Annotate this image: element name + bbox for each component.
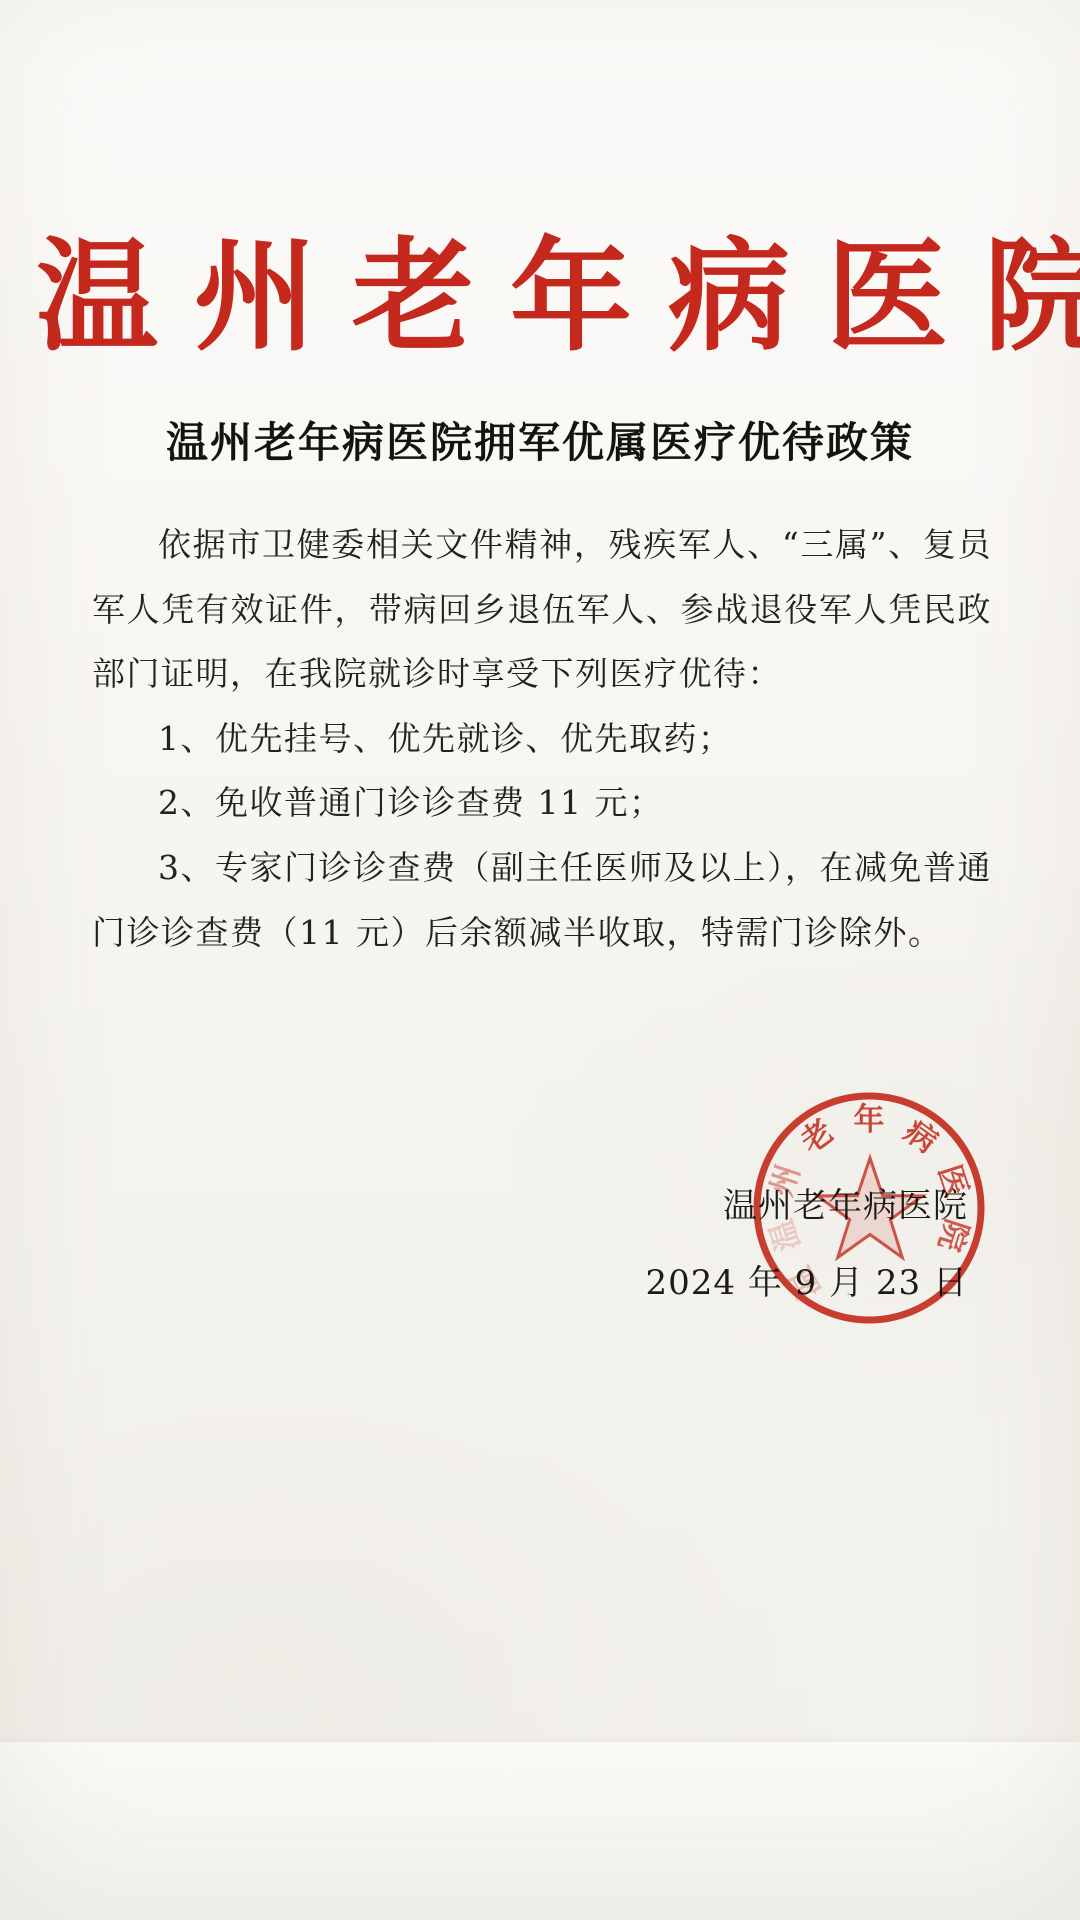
hospital-seal-stamp: 温州老年病医院 温 [744,1078,994,1346]
scan-bottom-edge [0,1742,1080,1920]
svg-text:年: 年 [854,1102,885,1138]
svg-text:温: 温 [763,1215,807,1256]
svg-text:医: 医 [931,1161,975,1202]
policy-item-2: 2、免收普通门诊诊查费 11 元； [92,771,992,836]
policy-item-3: 3、专家门诊诊查费（副主任医师及以上），在减免普通门诊诊查费（11 元）后余额减… [92,836,992,965]
svg-text:院: 院 [931,1215,975,1256]
svg-text:温: 温 [782,1261,828,1305]
seal-ink-smudge: 温 [782,1261,828,1305]
document-body: 依据市卫健委相关文件精神，残疾军人、“三属”、复员军人凭有效证件，带病回乡退伍军… [92,513,992,965]
star-icon [818,1158,923,1258]
svg-text:州: 州 [763,1161,807,1202]
hospital-masthead-title: 温州老年病医院 [0,232,1080,360]
scanned-notice-page: 温州老年病医院 温州老年病医院拥军优属医疗优待政策 依据市卫健委相关文件精神，残… [0,0,1080,1920]
policy-item-1: 1、优先挂号、优先就诊、优先取药； [92,707,992,772]
intro-paragraph: 依据市卫健委相关文件精神，残疾军人、“三属”、复员军人凭有效证件，带病回乡退伍军… [92,513,992,707]
document-title: 温州老年病医院拥军优属医疗优待政策 [0,418,1080,468]
